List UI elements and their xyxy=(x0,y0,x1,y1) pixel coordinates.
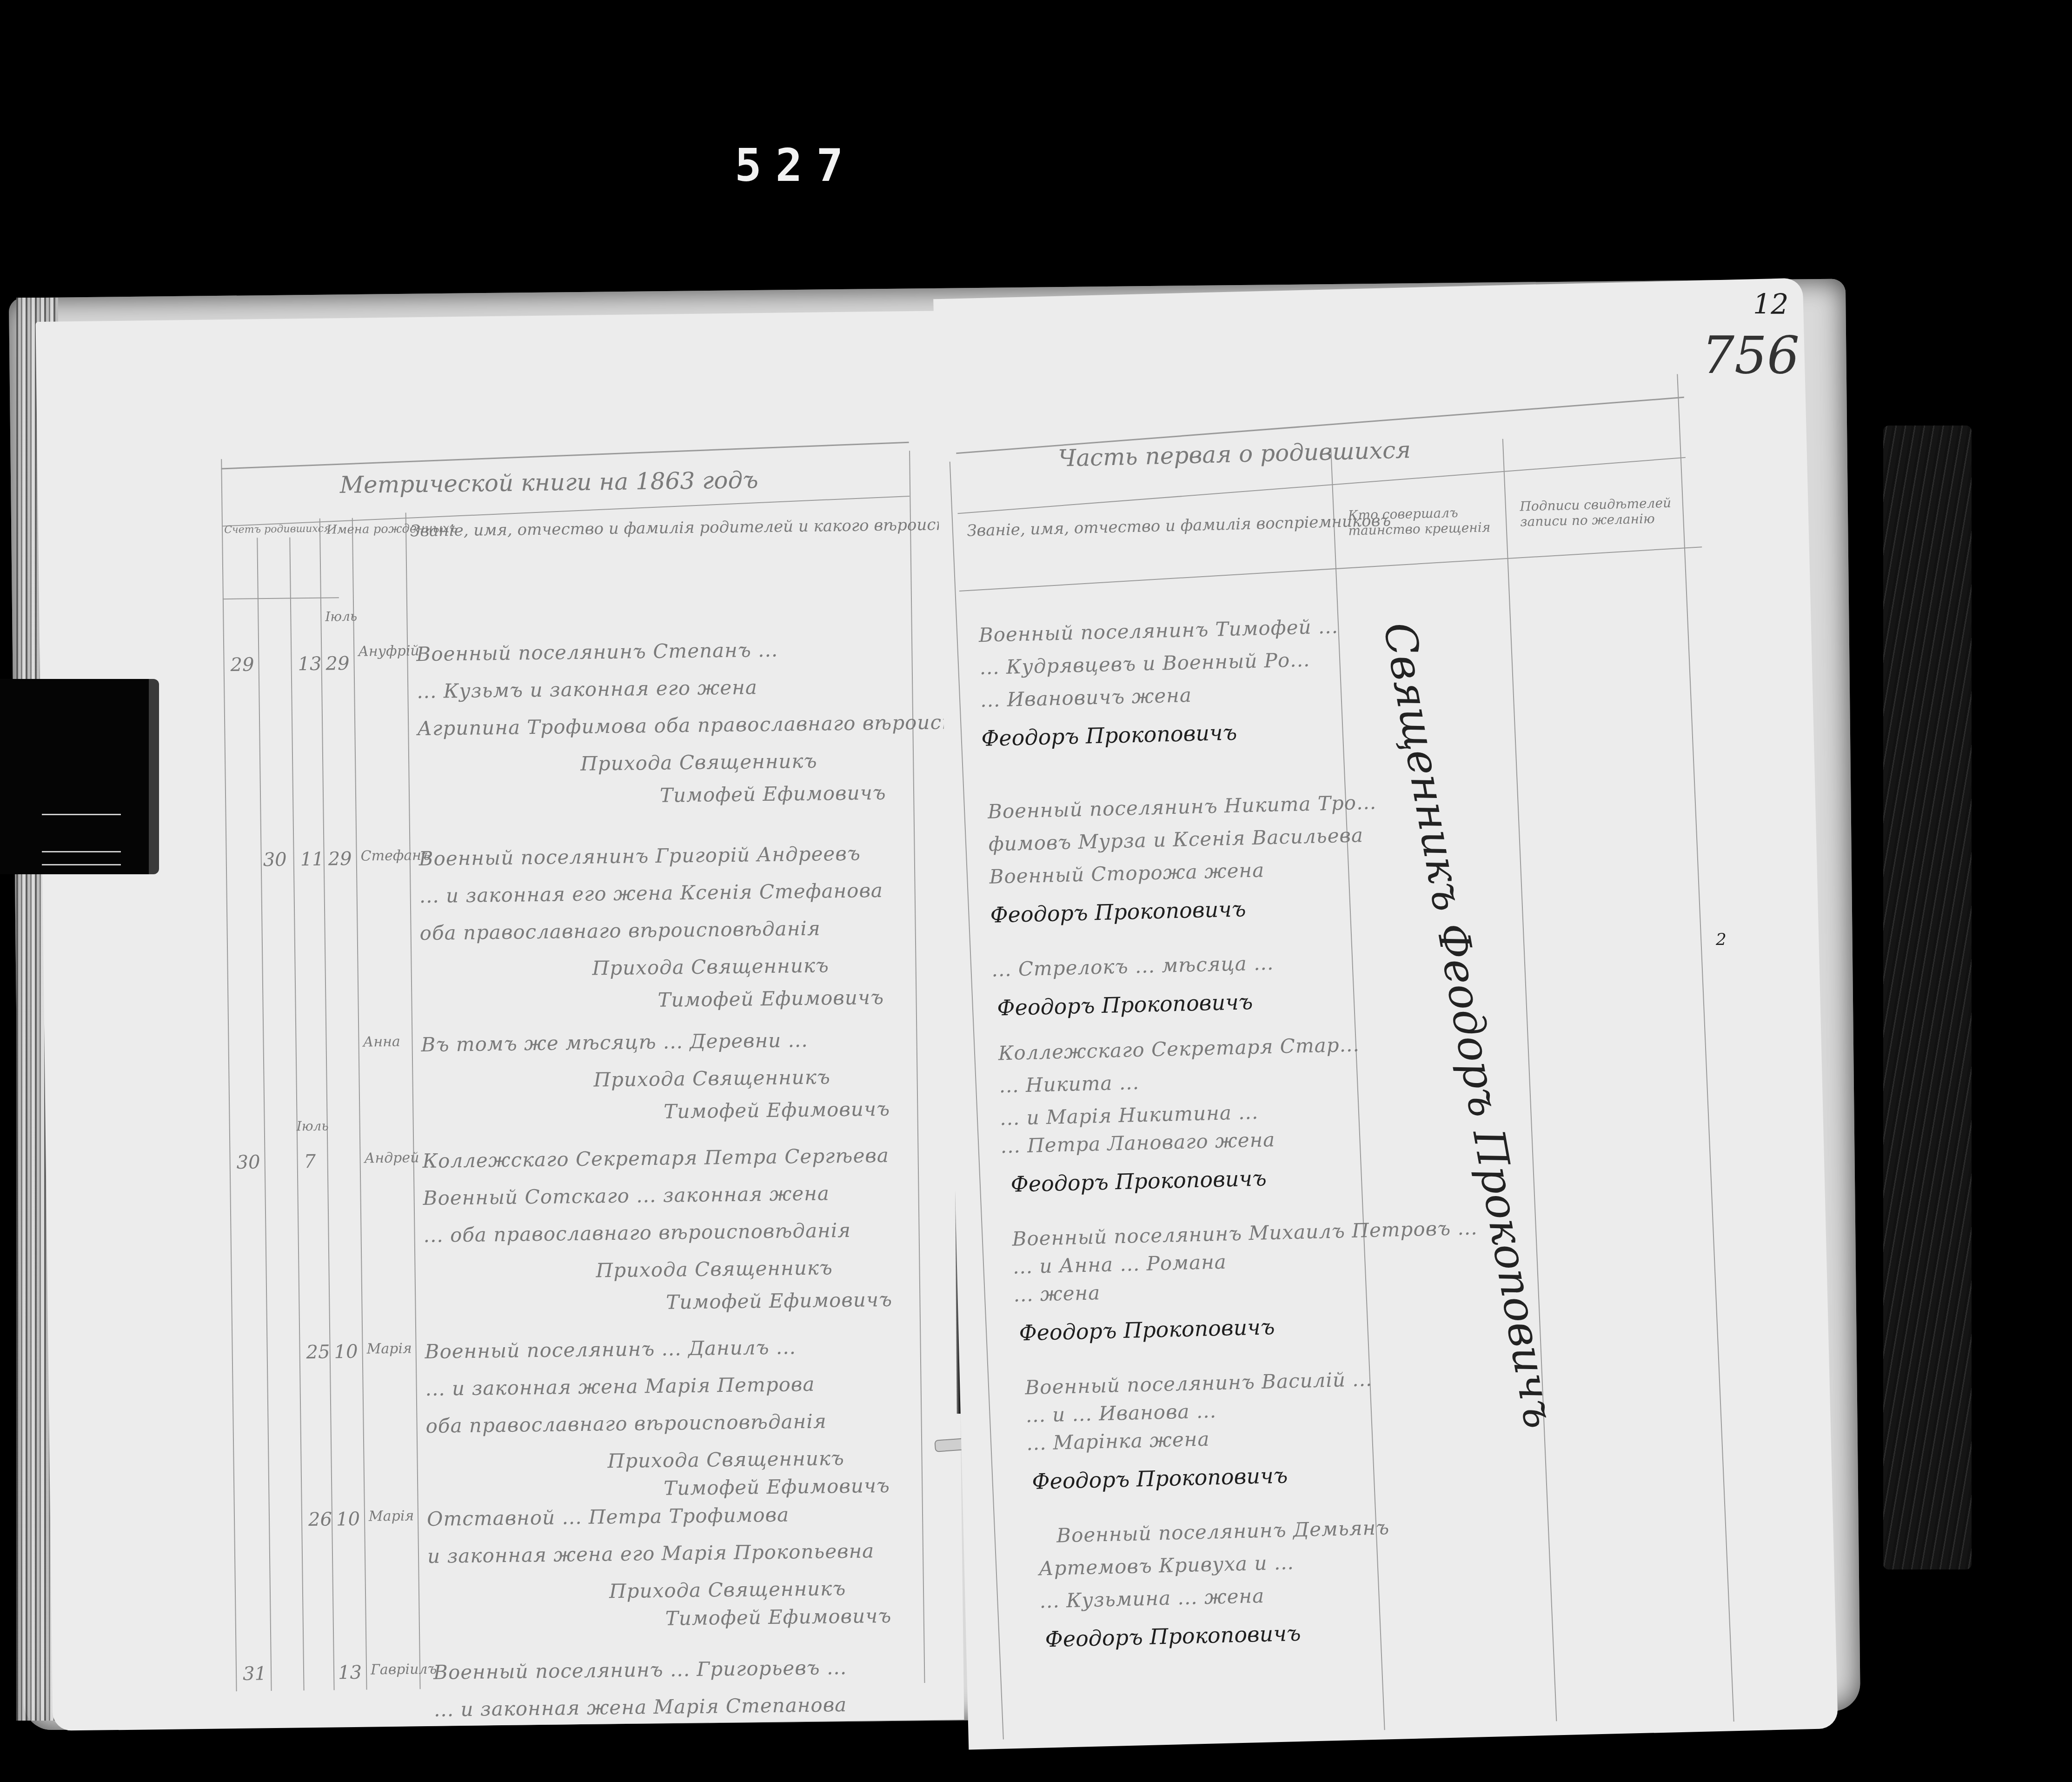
entry-text-line: Военный поселянинъ Григорій Андреевъ xyxy=(418,842,861,870)
entry-text-line: ... и ... Иванова ... xyxy=(1025,1399,1216,1427)
entry-text-line: Военный поселянинъ Тимофей ... xyxy=(978,615,1338,646)
priest-signature: Феодоръ Прокоповичъ xyxy=(990,896,1246,927)
entry-text-line: Военный поселянинъ Демьянъ xyxy=(1056,1516,1390,1547)
entry-text-line: ... оба православнаго вѣроисповѣданія xyxy=(423,1219,851,1247)
col-rule xyxy=(257,538,272,1691)
entry-text-line: Отставной ... Петра Трофимова xyxy=(427,1503,790,1530)
entry-text-line: и законная жена его Марія Прокопьевна xyxy=(427,1539,875,1568)
entry-text-line: оба православнаго вѣроисповѣданія xyxy=(419,917,821,945)
folio-stamp-number: 756 xyxy=(1702,326,1800,385)
entry-text-line: Военный поселянинъ Степанъ ... xyxy=(416,638,778,666)
entry-text-line: ... Марінка жена xyxy=(1026,1428,1210,1455)
priest-signature: Феодоръ Прокоповичъ xyxy=(1010,1165,1267,1197)
entry-child-name: Марія xyxy=(366,1340,412,1357)
entry-born-day: 13 xyxy=(298,653,321,675)
entry-text-line: ... Петра Лановаго жена xyxy=(1000,1128,1275,1157)
entry-text-line: Въ томъ же мѣсяцѣ ... Деревни ... xyxy=(421,1029,808,1056)
entry-text-line: ... Ивановичъ жена xyxy=(980,684,1192,711)
entry-born-day: 11 xyxy=(300,849,324,871)
entry-text-line: Военный Сторожа жена xyxy=(989,858,1265,888)
col-rule xyxy=(909,451,925,1683)
entry-text-line: оба православнаго вѣроисповѣданія xyxy=(425,1410,827,1437)
entry-witness-title: Прихода Священникъ xyxy=(596,1256,833,1282)
entry-witness-title: Прихода Священникъ xyxy=(580,750,817,775)
entry-child-name: Ануфрій xyxy=(358,643,419,660)
entry-witness-name: Тимофей Ефимовичъ xyxy=(664,1474,890,1500)
priest-signature: Феодоръ Прокоповичъ xyxy=(997,989,1253,1020)
priest-signature: Феодоръ Прокоповичъ xyxy=(981,720,1237,751)
entry-number: 29 xyxy=(230,654,254,676)
entry-child-name: Марія xyxy=(369,1508,414,1524)
entry-text-line: Коллежскаго Секретаря Стар... xyxy=(998,1033,1360,1064)
entry-witness-title: Прихода Священникъ xyxy=(593,1065,830,1091)
left-page: Метрической книги на 1863 годъ Счетъ род… xyxy=(36,311,964,1731)
subheader-rule xyxy=(223,597,339,599)
header-bottom-rule xyxy=(959,546,1702,592)
entry-text-line: ... Кузьмина ... жена xyxy=(1039,1584,1265,1613)
entry-text-line: ... Никита ... xyxy=(999,1071,1140,1097)
tab-highlight xyxy=(42,851,121,852)
entry-number: 30 xyxy=(263,849,286,871)
entry-baptized-day: 29 xyxy=(325,653,349,675)
entry-baptized-day: 10 xyxy=(336,1509,360,1530)
col-header-performed-by: Кто совершалъ таинство крещенія xyxy=(1348,504,1507,538)
entry-witness-title: Прихода Священникъ xyxy=(607,1447,844,1472)
col-header-godparents: Званіе, имя, отчество и фамилія воспріем… xyxy=(967,511,1391,540)
col-rule xyxy=(1502,439,1557,1722)
col-header-numbers: Счетъ родившихся xyxy=(224,523,331,536)
entry-text-line: Военный поселянинъ Никита Тро... xyxy=(988,791,1377,823)
entry-text-line: ... Кудрявцевъ и Военный Ро... xyxy=(979,648,1310,679)
col-header-month: Іюль xyxy=(325,609,357,625)
entry-child-name: Гавріилъ xyxy=(371,1661,437,1678)
entry-witness-name: Тимофей Ефимовичъ xyxy=(665,1604,891,1630)
entry-text-line: ... и Анна ... Романа xyxy=(1012,1250,1227,1278)
entry-witness-title: Прихода Священникъ xyxy=(592,954,829,979)
entry-text-line: ... жена xyxy=(1013,1281,1101,1306)
priest-signature: Феодоръ Прокоповичъ xyxy=(1032,1463,1288,1494)
priest-signature: Феодоръ Прокоповичъ xyxy=(1045,1621,1301,1652)
entry-witness-name: Тимофей Ефимовичъ xyxy=(664,1097,890,1123)
entry-child-name: Анна xyxy=(363,1034,400,1051)
entry-witness-name: Тимофей Ефимовичъ xyxy=(666,1288,892,1314)
entry-witness-name: Тимофей Ефимовичъ xyxy=(660,781,886,807)
entry-text-line: Военный Сотскаго ... законная жена xyxy=(423,1182,830,1210)
header-top-rule xyxy=(221,442,909,470)
entry-baptized-day: 10 xyxy=(334,1341,358,1363)
entry-text-line: ... и законная его жена Ксенія Стефанова xyxy=(419,879,883,907)
entry-number: 31 xyxy=(243,1663,266,1685)
entry-text-line: фимовъ Мурза и Ксенія Васильева xyxy=(988,824,1363,856)
entry-text-line: Военный поселянинъ Василій ... xyxy=(1025,1368,1373,1399)
entry-child-name: Андрей xyxy=(364,1150,419,1166)
folio-small-mark: 2 xyxy=(1716,930,1727,949)
entry-text-line: ... Стрелокъ ... мѣсяца ... xyxy=(991,951,1274,981)
entry-text-line: ... и Марія Никитина ... xyxy=(1000,1101,1259,1130)
entry-text-line: Военный поселянинъ ... Григорьевъ ... xyxy=(433,1656,847,1684)
entry-baptized-day: 13 xyxy=(338,1662,362,1684)
entry-text-line: Артемовъ Кривуха и ... xyxy=(1038,1551,1294,1580)
frame-number: 527 xyxy=(735,140,857,192)
entry-witness-name: Тимофей Ефимовичъ xyxy=(657,986,884,1011)
entry-text-line: Военный поселянинъ ... Данилъ ... xyxy=(425,1336,796,1363)
col-rule xyxy=(221,459,237,1691)
entry-text-line: ... и законная жена Марія Петрова xyxy=(425,1373,815,1400)
col-header-signatures: Подписи свидѣтелей записи по желанію xyxy=(1520,495,1688,530)
right-page: Часть первая о родившихся Званіе, имя, о… xyxy=(933,278,1838,1750)
entry-born-day: 25 xyxy=(306,1342,330,1363)
tab-highlight xyxy=(42,864,121,865)
entry-baptized-day: 29 xyxy=(328,848,352,870)
entry-born-day: 26 xyxy=(308,1509,332,1530)
entry-number: 30 xyxy=(236,1151,260,1173)
entry-born-day: 7 xyxy=(304,1151,316,1172)
entry-text-line: ... Кузьмъ и законная его жена xyxy=(417,676,757,703)
col-rule xyxy=(289,537,304,1690)
entry-witness-title: Прихода Священникъ xyxy=(609,1577,846,1602)
book-cover-right-edge xyxy=(1883,426,1972,1569)
black-tab-left xyxy=(0,679,159,874)
entry-month: Іюль xyxy=(297,1118,329,1134)
entry-text-line: Военный поселянинъ Михаилъ Петровъ ... xyxy=(1012,1216,1478,1250)
entry-text-line: ... и законная жена Марія Степанова xyxy=(434,1693,847,1721)
tab-highlight xyxy=(42,814,121,815)
left-page-title: Метрической книги на 1863 годъ xyxy=(340,466,758,499)
folio-top-mark: 12 xyxy=(1753,288,1788,321)
col-header-parents: Званіе, имя, отчество и фамилія родителе… xyxy=(410,514,1024,540)
entry-text-line: Коллежскаго Секретаря Петра Сергѣева xyxy=(422,1144,889,1172)
col-rule xyxy=(1677,374,1734,1722)
priest-signature: Феодоръ Прокоповичъ xyxy=(1019,1314,1275,1345)
